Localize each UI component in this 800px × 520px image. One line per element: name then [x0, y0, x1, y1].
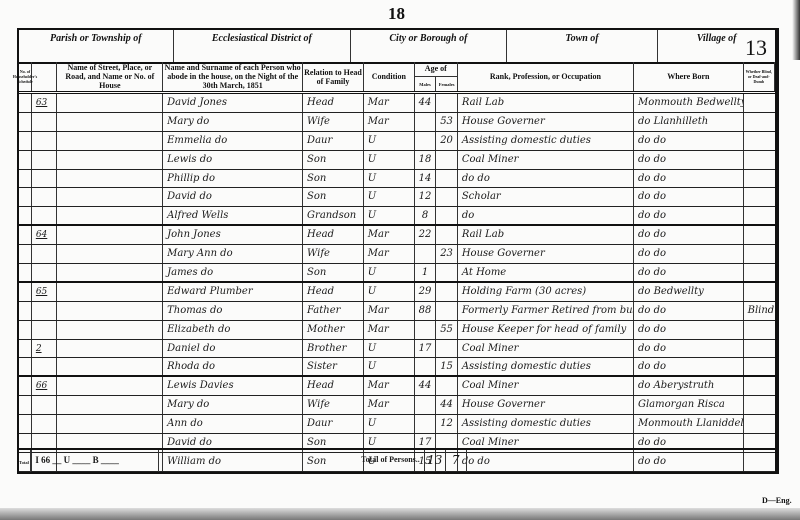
occupation-cell: Coal Miner: [458, 340, 634, 358]
column-headers: No. of Householder's Schedule Name of St…: [19, 62, 775, 94]
name-cell: Lewis Davies: [163, 377, 303, 395]
col-occupation: Rank, Profession, or Occupation: [458, 62, 634, 91]
condition-cell: Mar: [364, 94, 415, 112]
total-persons-label: Total of Persons..: [159, 450, 425, 472]
street-cell: [57, 302, 163, 320]
occupation-cell: At Home: [458, 264, 634, 281]
total-houses-value: I 66 __ U ____ B ____: [31, 450, 159, 472]
col-gap: [32, 62, 57, 91]
male-age-cell: [415, 396, 437, 414]
occupation-cell: Scholar: [458, 188, 634, 206]
condition-cell: Mar: [364, 377, 415, 395]
table-row: 65Edward PlumberHeadU29Holding Farm (30 …: [19, 283, 775, 302]
margin-cell: [19, 170, 32, 188]
occupation-cell: House Governer: [458, 396, 634, 414]
female-age-cell: 23: [436, 245, 458, 263]
totals-blank: [467, 450, 775, 472]
table-row: Thomas doFatherMar88Formerly Farmer Reti…: [19, 302, 775, 321]
occupation-cell: House Governer: [458, 113, 634, 131]
relation-cell: Head: [303, 377, 364, 395]
occupation-cell: Coal Miner: [458, 377, 634, 395]
where-born-cell: do do: [634, 226, 744, 244]
male-age-cell: [415, 321, 437, 339]
relation-cell: Son: [303, 264, 364, 281]
name-cell: Lewis do: [163, 151, 303, 169]
blind-cell: [744, 94, 775, 112]
blind-cell: [744, 264, 775, 281]
table-row: 63David JonesHeadMar44Rail LabMonmouth B…: [19, 94, 775, 113]
condition-cell: Mar: [364, 302, 415, 320]
form-code: D—Eng.: [762, 496, 792, 505]
village-cell: Village of 13: [658, 30, 775, 62]
condition-cell: U: [364, 132, 415, 150]
table-row: Elizabeth doMotherMar55House Keeper for …: [19, 321, 775, 340]
male-age-cell: 29: [415, 283, 437, 301]
col-street: Name of Street, Place, or Road, and Name…: [57, 62, 163, 91]
female-age-cell: [436, 151, 458, 169]
blind-cell: [744, 377, 775, 395]
street-cell: [57, 188, 163, 206]
total-females: 7: [446, 450, 467, 472]
street-cell: [57, 340, 163, 358]
schedule-cell: [32, 264, 58, 281]
female-age-cell: [436, 188, 458, 206]
schedule-cell: [32, 245, 58, 263]
ecclesiastical-label: Ecclesiastical District of: [174, 30, 352, 62]
relation-cell: Grandson: [303, 207, 364, 224]
where-born-cell: Monmouth Llaniddel: [634, 415, 744, 433]
blind-cell: [744, 207, 775, 224]
margin-cell: [19, 415, 32, 433]
table-row: Ann doDaurU12Assisting domestic dutiesMo…: [19, 415, 775, 434]
condition-cell: U: [364, 415, 415, 433]
relation-cell: Son: [303, 170, 364, 188]
where-born-cell: do Bedwellty: [634, 283, 744, 301]
street-cell: [57, 377, 163, 395]
condition-cell: Mar: [364, 113, 415, 131]
total-houses-label: Total of Houses: [19, 450, 31, 472]
schedule-cell: 66: [32, 377, 58, 395]
male-age-cell: [415, 415, 437, 433]
condition-cell: U: [364, 170, 415, 188]
blind-cell: [744, 283, 775, 301]
where-born-cell: do do: [634, 170, 744, 188]
schedule-cell: [32, 132, 58, 150]
schedule-cell: [32, 151, 58, 169]
where-born-cell: do Llanhilleth: [634, 113, 744, 131]
male-age-cell: [415, 358, 437, 375]
female-age-cell: [436, 377, 458, 395]
occupation-cell: Coal Miner: [458, 151, 634, 169]
schedule-cell: 2: [32, 340, 58, 358]
female-age-cell: 20: [436, 132, 458, 150]
table-row: 66Lewis DaviesHeadMar44Coal Minerdo Aber…: [19, 377, 775, 396]
blind-cell: [744, 226, 775, 244]
relation-cell: Wife: [303, 245, 364, 263]
condition-cell: Mar: [364, 245, 415, 263]
street-cell: [57, 226, 163, 244]
street-cell: [57, 132, 163, 150]
relation-cell: Son: [303, 151, 364, 169]
table-row: Phillip doSonU14do dodo do: [19, 170, 775, 189]
relation-cell: Sister: [303, 358, 364, 375]
blind-cell: Blind: [744, 302, 775, 320]
street-cell: [57, 113, 163, 131]
female-age-cell: 53: [436, 113, 458, 131]
totals-row: Total of Houses I 66 __ U ____ B ____ To…: [19, 448, 775, 472]
relation-cell: Head: [303, 226, 364, 244]
where-born-cell: do Aberystruth: [634, 377, 744, 395]
relation-cell: Brother: [303, 340, 364, 358]
blind-cell: [744, 132, 775, 150]
male-age-cell: 22: [415, 226, 437, 244]
where-born-cell: do do: [634, 245, 744, 263]
condition-cell: U: [364, 188, 415, 206]
male-age-cell: 44: [415, 94, 437, 112]
schedule-cell: [32, 396, 58, 414]
schedule-cell: [32, 170, 58, 188]
female-age-cell: [436, 302, 458, 320]
schedule-cell: [32, 188, 58, 206]
where-born-cell: do do: [634, 264, 744, 281]
census-rows: 63David JonesHeadMar44Rail LabMonmouth B…: [19, 94, 775, 472]
town-label: Town of: [507, 30, 659, 62]
blind-cell: [744, 245, 775, 263]
schedule-cell: [32, 302, 58, 320]
name-cell: Alfred Wells: [163, 207, 303, 224]
male-age-cell: [415, 132, 437, 150]
where-born-cell: do do: [634, 358, 744, 375]
name-cell: John Jones: [163, 226, 303, 244]
margin-cell: [19, 132, 32, 150]
condition-cell: U: [364, 283, 415, 301]
relation-cell: Daur: [303, 415, 364, 433]
male-age-cell: 44: [415, 377, 437, 395]
table-row: James doSonU1At Homedo do: [19, 264, 775, 283]
street-cell: [57, 207, 163, 224]
female-age-cell: [436, 264, 458, 281]
table-row: 64John JonesHeadMar22Rail Labdo do: [19, 226, 775, 245]
col-blind: Whether Blind, or Deaf-and-Dumb: [744, 62, 775, 91]
where-born-cell: Glamorgan Risca: [634, 396, 744, 414]
condition-cell: U: [364, 207, 415, 224]
margin-cell: [19, 358, 32, 375]
schedule-cell: 65: [32, 283, 58, 301]
condition-cell: Mar: [364, 321, 415, 339]
female-age-cell: 12: [436, 415, 458, 433]
where-born-cell: Monmouth Bedwellty: [634, 94, 744, 112]
condition-cell: U: [364, 340, 415, 358]
blind-cell: [744, 358, 775, 375]
condition-cell: Mar: [364, 396, 415, 414]
schedule-cell: [32, 113, 58, 131]
occupation-cell: do: [458, 207, 634, 224]
female-age-cell: [436, 226, 458, 244]
street-cell: [57, 245, 163, 263]
page-edge-shadow: [0, 508, 800, 520]
margin-cell: [19, 151, 32, 169]
female-age-cell: 55: [436, 321, 458, 339]
col-name: Name and Surname of each Person who abod…: [163, 62, 303, 91]
relation-cell: Head: [303, 94, 364, 112]
col-age: Age of Males Females: [415, 62, 458, 91]
schedule-cell: 63: [32, 94, 58, 112]
where-born-cell: do do: [634, 207, 744, 224]
male-age-cell: [415, 113, 437, 131]
margin-cell: [19, 188, 32, 206]
blind-cell: [744, 170, 775, 188]
where-born-cell: do do: [634, 188, 744, 206]
age-label: Age of: [415, 62, 457, 77]
village-label: Village of: [697, 33, 737, 44]
name-cell: Daniel do: [163, 340, 303, 358]
table-row: Alfred WellsGrandsonU8dodo do: [19, 207, 775, 226]
city-label: City or Borough of: [351, 30, 507, 62]
col-females: Females: [436, 77, 457, 91]
relation-cell: Daur: [303, 132, 364, 150]
male-age-cell: 8: [415, 207, 437, 224]
female-age-cell: 15: [436, 358, 458, 375]
table-row: 2Daniel doBrotherU17Coal Minerdo do: [19, 340, 775, 359]
relation-cell: Father: [303, 302, 364, 320]
occupation-cell: Formerly Farmer Retired from business: [458, 302, 634, 320]
female-age-cell: [436, 94, 458, 112]
male-age-cell: 14: [415, 170, 437, 188]
margin-cell: [19, 302, 32, 320]
name-cell: Mary Ann do: [163, 245, 303, 263]
page-corner-shadow: [792, 0, 800, 60]
street-cell: [57, 396, 163, 414]
district-header: Parish or Township of Ecclesiastical Dis…: [19, 30, 775, 64]
female-age-cell: 44: [436, 396, 458, 414]
male-age-cell: 88: [415, 302, 437, 320]
condition-cell: U: [364, 358, 415, 375]
margin-cell: [19, 321, 32, 339]
blind-cell: [744, 340, 775, 358]
schedule-cell: 64: [32, 226, 58, 244]
name-cell: Rhoda do: [163, 358, 303, 375]
col-condition: Condition: [364, 62, 415, 91]
census-form: Parish or Township of Ecclesiastical Dis…: [17, 28, 779, 474]
blind-cell: [744, 188, 775, 206]
name-cell: David Jones: [163, 94, 303, 112]
margin-cell: [19, 113, 32, 131]
female-age-cell: [436, 340, 458, 358]
table-row: David doSonU12Scholardo do: [19, 188, 775, 207]
table-row: Emmelia doDaurU20Assisting domestic duti…: [19, 132, 775, 151]
occupation-cell: do do: [458, 170, 634, 188]
male-age-cell: 12: [415, 188, 437, 206]
occupation-cell: House Keeper for head of family: [458, 321, 634, 339]
blind-cell: [744, 396, 775, 414]
table-row: Lewis doSonU18Coal Minerdo do: [19, 151, 775, 170]
where-born-cell: do do: [634, 340, 744, 358]
condition-cell: U: [364, 264, 415, 281]
sheet-number: 13: [745, 35, 767, 61]
occupation-cell: Holding Farm (30 acres): [458, 283, 634, 301]
table-row: Mary Ann doWifeMar23House Governerdo do: [19, 245, 775, 264]
street-cell: [57, 264, 163, 281]
relation-cell: Head: [303, 283, 364, 301]
table-row: Mary doWifeMar44House GovernerGlamorgan …: [19, 396, 775, 415]
schedule-cell: [32, 415, 58, 433]
name-cell: Mary do: [163, 113, 303, 131]
total-males: 13: [425, 450, 446, 472]
name-cell: Edward Plumber: [163, 283, 303, 301]
female-age-cell: [436, 170, 458, 188]
street-cell: [57, 94, 163, 112]
street-cell: [57, 170, 163, 188]
blind-cell: [744, 415, 775, 433]
street-cell: [57, 358, 163, 375]
table-row: Rhoda doSisterU15Assisting domestic duti…: [19, 358, 775, 377]
schedule-cell: [32, 321, 58, 339]
relation-cell: Son: [303, 188, 364, 206]
name-cell: David do: [163, 188, 303, 206]
name-cell: Ann do: [163, 415, 303, 433]
margin-cell: [19, 226, 32, 244]
where-born-cell: do do: [634, 302, 744, 320]
name-cell: James do: [163, 264, 303, 281]
where-born-cell: do do: [634, 151, 744, 169]
female-age-cell: [436, 283, 458, 301]
col-males: Males: [415, 77, 437, 91]
schedule-cell: [32, 207, 58, 224]
occupation-cell: Rail Lab: [458, 226, 634, 244]
where-born-cell: do do: [634, 132, 744, 150]
street-cell: [57, 151, 163, 169]
street-cell: [57, 415, 163, 433]
blind-cell: [744, 321, 775, 339]
occupation-cell: House Governer: [458, 245, 634, 263]
male-age-cell: [415, 245, 437, 263]
table-row: Mary doWifeMar53House Governerdo Llanhil…: [19, 113, 775, 132]
street-cell: [57, 321, 163, 339]
margin-cell: [19, 396, 32, 414]
name-cell: Mary do: [163, 396, 303, 414]
blind-cell: [744, 113, 775, 131]
occupation-cell: Rail Lab: [458, 94, 634, 112]
name-cell: Phillip do: [163, 170, 303, 188]
occupation-cell: Assisting domestic duties: [458, 415, 634, 433]
male-age-cell: 18: [415, 151, 437, 169]
relation-cell: Wife: [303, 113, 364, 131]
margin-cell: [19, 245, 32, 263]
parish-label: Parish or Township of: [19, 30, 174, 62]
occupation-cell: Assisting domestic duties: [458, 358, 634, 375]
schedule-cell: [32, 358, 58, 375]
col-schedule: No. of Householder's Schedule: [19, 62, 32, 91]
condition-cell: Mar: [364, 226, 415, 244]
margin-cell: [19, 283, 32, 301]
male-age-cell: 17: [415, 340, 437, 358]
margin-cell: [19, 94, 32, 112]
page-number: 18: [388, 4, 405, 24]
relation-cell: Wife: [303, 396, 364, 414]
relation-cell: Mother: [303, 321, 364, 339]
name-cell: Thomas do: [163, 302, 303, 320]
col-relation: Relation to Head of Family: [303, 62, 364, 91]
condition-cell: U: [364, 151, 415, 169]
female-age-cell: [436, 207, 458, 224]
street-cell: [57, 283, 163, 301]
blind-cell: [744, 151, 775, 169]
name-cell: Elizabeth do: [163, 321, 303, 339]
margin-cell: [19, 377, 32, 395]
margin-cell: [19, 207, 32, 224]
where-born-cell: do do: [634, 321, 744, 339]
occupation-cell: Assisting domestic duties: [458, 132, 634, 150]
name-cell: Emmelia do: [163, 132, 303, 150]
margin-cell: [19, 340, 32, 358]
margin-cell: [19, 264, 32, 281]
col-where-born: Where Born: [634, 62, 744, 91]
male-age-cell: 1: [415, 264, 437, 281]
